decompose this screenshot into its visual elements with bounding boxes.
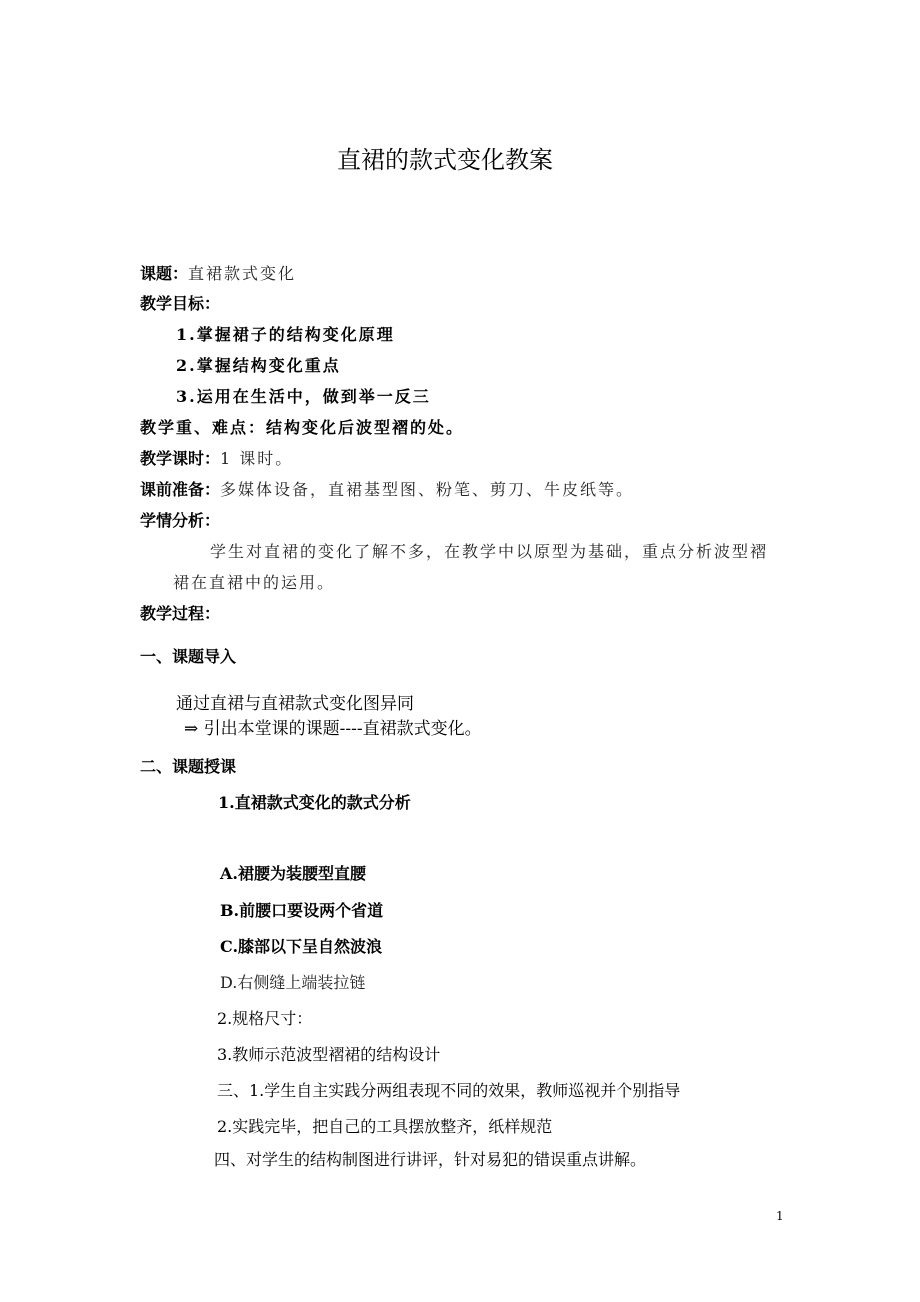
topic-value: 直裙款式变化 <box>188 264 296 283</box>
section1-line: 通过直裙与直裙款式变化图异同 <box>176 696 414 713</box>
objectives-label: 教学目标： <box>140 296 220 312</box>
preparation-label: 课前准备： <box>140 480 220 499</box>
section1-line: 引出本堂课的课题----直裙款式变化。 <box>204 719 482 739</box>
analysis-item: A.裙腰为装腰型直腰 <box>220 866 366 882</box>
analysis-line: 裙在直裙中的运用。 <box>173 575 335 591</box>
section1-heading: 一、课题导入 <box>140 649 236 665</box>
page-number: 1 <box>776 1210 784 1222</box>
section2-subheading: 3.教师示范波型褶裙的结构设计 <box>217 1047 440 1063</box>
section4-line: 四、对学生的结构制图进行讲评，针对易犯的错误重点讲解。 <box>214 1152 646 1168</box>
analysis-label: 学情分析： <box>140 513 220 529</box>
analysis-item: B.前腰口要设两个省道 <box>220 903 383 919</box>
preparation-value: 多媒体设备，直裙基型图、粉笔、剪刀、牛皮纸等。 <box>220 480 634 499</box>
topic-label: 课题： <box>140 264 188 283</box>
objective-item: 2.掌握结构变化重点 <box>176 358 341 374</box>
section2-subheading: 2.规格尺寸： <box>217 1011 312 1027</box>
section2-heading: 二、课题授课 <box>140 759 236 775</box>
topic-row: 课题：直裙款式变化 <box>140 266 296 282</box>
hours-row: 教学课时：1 课时。 <box>140 451 293 467</box>
key-points-row: 教学重、难点：结构变化后波型褶的处。 <box>140 420 464 436</box>
analysis-item: C.膝部以下呈自然波浪 <box>220 939 382 955</box>
preparation-row: 课前准备：多媒体设备，直裙基型图、粉笔、剪刀、牛皮纸等。 <box>140 482 634 498</box>
section1-arrow-row: ⇒ 引出本堂课的课题----直裙款式变化。 <box>184 721 482 738</box>
arrow-icon: ⇒ <box>184 719 198 739</box>
objective-item: 1.掌握裙子的结构变化原理 <box>176 327 395 343</box>
section2-subheading: 1.直裙款式变化的款式分析 <box>218 795 411 811</box>
section3-line: 2.实践完毕，把自己的工具摆放整齐，纸样规范 <box>217 1119 552 1135</box>
process-label: 教学过程： <box>140 606 220 622</box>
hours-value: 1 课时。 <box>220 449 293 468</box>
hours-label: 教学课时： <box>140 449 220 468</box>
section3-line: 三、1.学生自主实践分两组表现不同的效果，教师巡视并个别指导 <box>217 1083 680 1099</box>
key-points-value: 结构变化后波型褶的处。 <box>266 418 464 437</box>
document-title: 直裙的款式变化教案 <box>337 148 553 172</box>
key-points-label: 教学重、难点： <box>140 418 266 437</box>
objective-item: 3.运用在生活中，做到举一反三 <box>176 389 431 405</box>
analysis-item: D.右侧缝上端装拉链 <box>220 975 365 991</box>
analysis-line: 学生对直裙的变化了解不多，在教学中以原型为基础，重点分析波型褶 <box>210 544 768 560</box>
